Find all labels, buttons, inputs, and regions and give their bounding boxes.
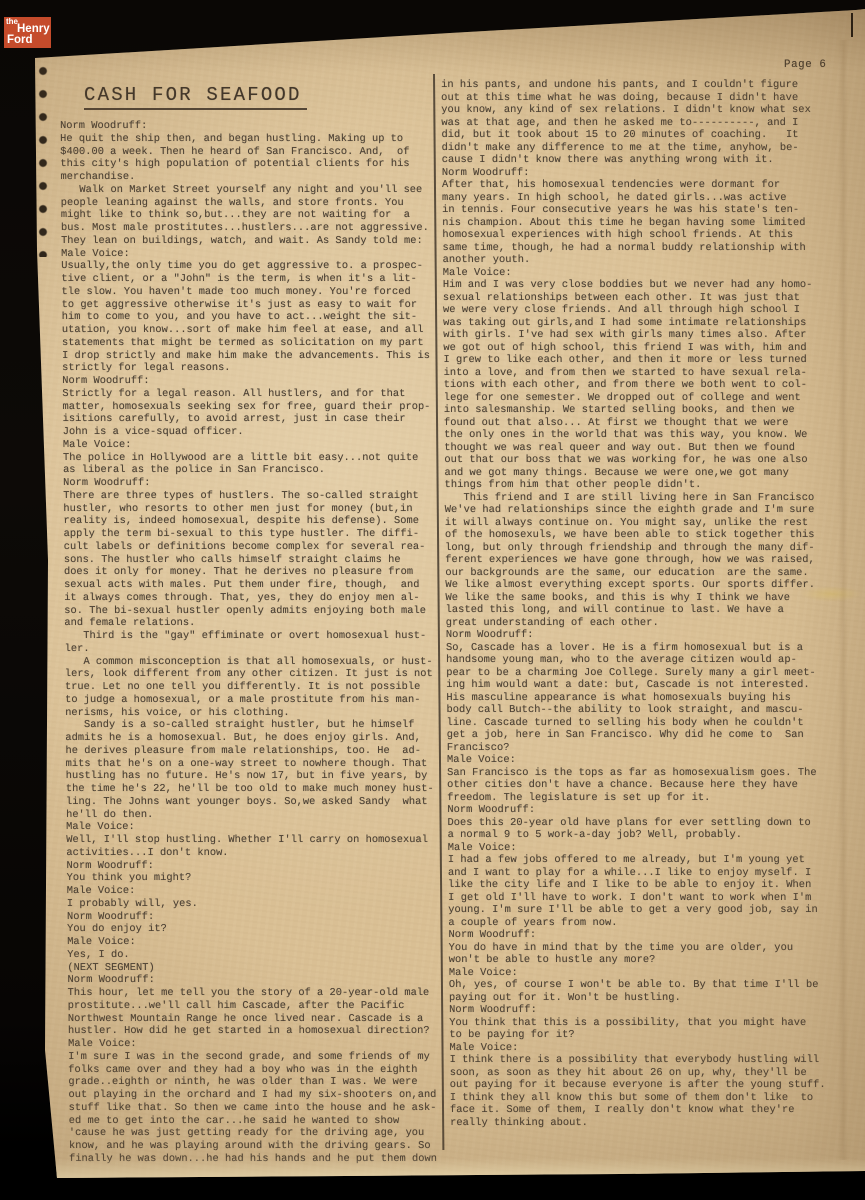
- edge-mark: [851, 13, 853, 37]
- left-column-text: Norm Woodruff: He quit the ship then, an…: [60, 120, 445, 1166]
- page-number: Page 6: [784, 59, 826, 71]
- scan-viewport: Page 6 CASH FOR SEAFOOD Norm Woodruff: H…: [0, 0, 865, 1200]
- document-title: CASH FOR SEAFOOD: [84, 84, 307, 110]
- document-page: Page 6 CASH FOR SEAFOOD Norm Woodruff: H…: [0, 0, 865, 1200]
- paper-bottom-edge: [40, 1158, 865, 1178]
- right-column-text: in his pants, and undone his pants, and …: [441, 79, 860, 1129]
- logo-ford: Ford: [7, 35, 33, 47]
- henry-ford-logo: the Henry Ford: [4, 17, 51, 48]
- torn-edge-perforation: [36, 62, 54, 257]
